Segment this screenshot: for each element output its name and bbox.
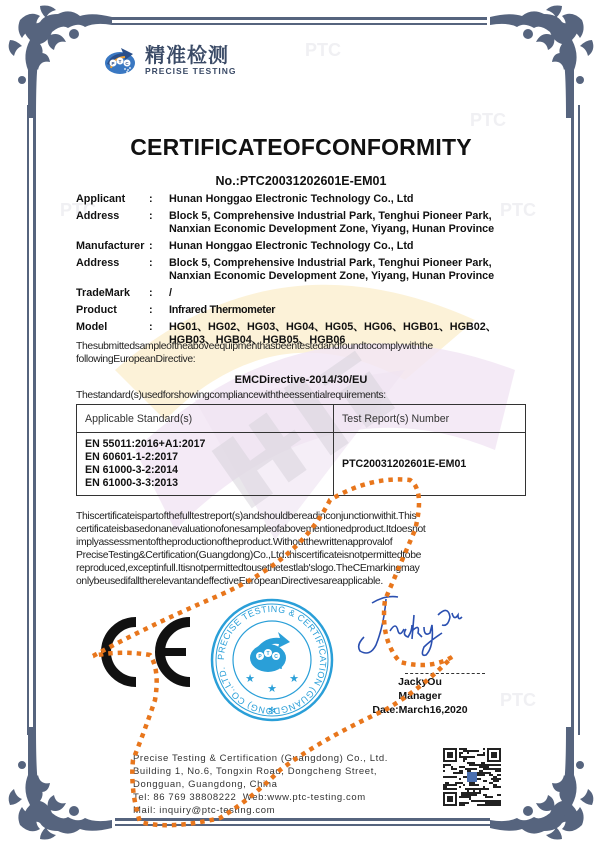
frame-border-bottom bbox=[115, 824, 490, 826]
svg-text:T: T bbox=[119, 59, 122, 64]
field-value: / bbox=[169, 287, 556, 300]
compliance-statement: Thesubmittedsampleoftheaboveequipmenthas… bbox=[76, 340, 546, 366]
field-trademark: TradeMark : / bbox=[76, 287, 556, 300]
company-contact: Precise Testing & Certification (Guangdo… bbox=[133, 752, 388, 817]
field-applicant-address: Address : Block 5, Comprehensive Industr… bbox=[76, 210, 556, 236]
company-logo: P T C 精准检测 PRECISE TESTING bbox=[103, 42, 237, 78]
corner-ornament-icon bbox=[0, 725, 120, 845]
field-colon: : bbox=[149, 210, 169, 236]
disclaimer-text: Thiscertificateispartofthefulltestreport… bbox=[76, 510, 536, 588]
certificate-fields: Applicant : Hunan Honggao Electronic Tec… bbox=[76, 193, 556, 351]
field-label: Product bbox=[76, 304, 149, 317]
report-number: PTC20031202601E-EM01 bbox=[334, 433, 526, 496]
signature-line bbox=[405, 673, 485, 674]
footer-line: Tel: 86 769 38808222 Web:www.ptc-testing… bbox=[133, 791, 388, 804]
footer-line: Building 1, No.6, Tongxin Road, Dongchen… bbox=[133, 765, 388, 778]
header-test-report-number: Test Report(s) Number bbox=[334, 405, 526, 433]
logo-english-text: PRECISE TESTING bbox=[145, 66, 237, 76]
svg-text:T: T bbox=[266, 651, 269, 657]
field-manufacturer: Manufacturer : Hunan Honggao Electronic … bbox=[76, 240, 556, 253]
frame-border-right bbox=[578, 105, 580, 735]
field-value: Hunan Honggao Electronic Technology Co.,… bbox=[169, 240, 556, 253]
certificate-page: PTC PTC PTC PTC PTC bbox=[0, 0, 602, 845]
corner-ornament-icon bbox=[482, 0, 602, 120]
signature-image bbox=[350, 585, 480, 670]
footer-line: Dongguan, Guangdong, China bbox=[133, 778, 388, 791]
logo-chinese-text: 精准检测 bbox=[145, 44, 237, 66]
signer-title: Manager bbox=[330, 689, 510, 703]
frame-border-right bbox=[571, 105, 574, 735]
svg-text:✻: ✻ bbox=[268, 706, 276, 717]
standards-intro: Thestandard(s)usedforshowingcompliancewi… bbox=[76, 390, 386, 401]
field-label: Address bbox=[76, 257, 149, 283]
signature-date: Date:March16,2020 bbox=[330, 703, 510, 717]
field-label: TradeMark bbox=[76, 287, 149, 300]
watermark-ghost-text: PTC bbox=[305, 40, 341, 61]
ce-mark-icon bbox=[92, 614, 197, 689]
frame-border-left bbox=[33, 105, 36, 735]
signer-name: JackyOu bbox=[330, 675, 510, 689]
field-manufacturer-address: Address : Block 5, Comprehensive Industr… bbox=[76, 257, 556, 283]
signer-block: JackyOu Manager Date:March16,2020 bbox=[330, 675, 510, 717]
certificate-number: No.:PTC20031202601E-EM01 bbox=[0, 174, 602, 188]
frame-border-top bbox=[112, 23, 487, 25]
field-label: Applicant bbox=[76, 193, 149, 206]
field-value: Infrared Thermometer bbox=[169, 304, 556, 317]
footer-line: Mail: inquiry@ptc-testing.com bbox=[133, 804, 388, 817]
corner-ornament-icon bbox=[0, 0, 120, 120]
standards-table: Applicable Standard(s) Test Report(s) Nu… bbox=[76, 404, 526, 496]
standard-item: EN 60601-1-2:2017 bbox=[85, 451, 325, 464]
frame-border-bottom bbox=[115, 818, 490, 821]
field-colon: : bbox=[149, 193, 169, 206]
table-header-row: Applicable Standard(s) Test Report(s) Nu… bbox=[77, 405, 526, 433]
standard-item: EN 55011:2016+A1:2017 bbox=[85, 438, 325, 451]
field-product: Product : Infrared Thermometer bbox=[76, 304, 556, 317]
header-applicable-standards: Applicable Standard(s) bbox=[77, 405, 334, 433]
field-colon: : bbox=[149, 240, 169, 253]
field-colon: : bbox=[149, 304, 169, 317]
standard-item: EN 61000-3-3:2013 bbox=[85, 477, 325, 490]
table-row: EN 55011:2016+A1:2017 EN 60601-1-2:2017 … bbox=[77, 433, 526, 496]
field-label: Address bbox=[76, 210, 149, 236]
field-applicant: Applicant : Hunan Honggao Electronic Tec… bbox=[76, 193, 556, 206]
field-colon: : bbox=[149, 257, 169, 283]
standard-item: EN 61000-3-2:2014 bbox=[85, 464, 325, 477]
standards-list: EN 55011:2016+A1:2017 EN 60601-1-2:2017 … bbox=[77, 433, 334, 496]
field-value: Block 5, Comprehensive Industrial Park, … bbox=[169, 210, 556, 236]
footer-line: Precise Testing & Certification (Guangdo… bbox=[133, 752, 388, 765]
certificate-title: CERTIFICATEOFCONFORMITY bbox=[0, 134, 602, 161]
svg-text:C: C bbox=[274, 654, 278, 660]
svg-text:P: P bbox=[111, 61, 114, 66]
directive-name: EMCDirective-2014/30/EU bbox=[0, 374, 602, 386]
field-colon: : bbox=[149, 287, 169, 300]
frame-border-left bbox=[27, 105, 29, 735]
ptc-logo-icon: P T C bbox=[103, 42, 139, 78]
svg-text:★: ★ bbox=[267, 683, 277, 695]
svg-text:★: ★ bbox=[289, 673, 299, 685]
company-seal-icon: PRECISE TESTING & CERTIFICATION (GUANGDO… bbox=[208, 596, 336, 724]
field-label: Manufacturer bbox=[76, 240, 149, 253]
qr-code-icon[interactable] bbox=[443, 748, 501, 806]
frame-border-top bbox=[112, 17, 487, 20]
svg-text:★: ★ bbox=[245, 673, 255, 685]
field-value: Block 5, Comprehensive Industrial Park, … bbox=[169, 257, 556, 283]
field-value: Hunan Honggao Electronic Technology Co.,… bbox=[169, 193, 556, 206]
